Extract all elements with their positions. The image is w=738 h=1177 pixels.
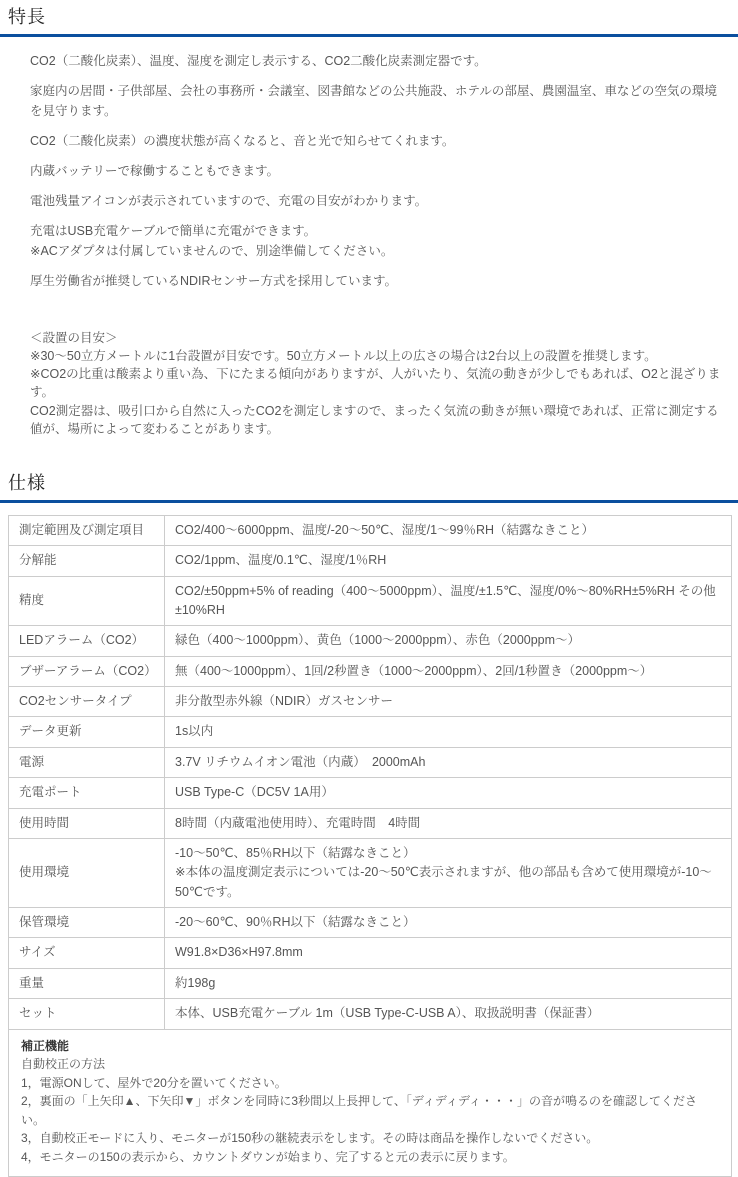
spec-row: 精度 CO2/±50ppm+5% of reading（400～5000ppm）… (9, 576, 732, 626)
feature-paragraph: 家庭内の居間・子供部屋、会社の事務所・会議室、図書館などの公共施設、ホテルの部屋… (30, 81, 728, 121)
spec-row-label: LEDアラーム（CO2） (9, 626, 165, 656)
calibration-step: 2，裏面の「上矢印▲、下矢印▼」ボタンを同時に3秒間以上長押して、「ディディディ… (21, 1092, 719, 1129)
spec-row-value: 非分散型赤外線（NDIR）ガスセンサー (165, 687, 732, 717)
spec-row: データ更新 1s以内 (9, 717, 732, 747)
spec-row-value: -10～50℃、85％RH以下（結露なきこと） ※本体の温度測定表示については-… (165, 838, 732, 907)
feature-paragraph-list: CO2（二酸化炭素）、温度、湿度を測定し表示する、CO2二酸化炭素測定器です。 … (30, 51, 728, 291)
features-section: 特長 CO2（二酸化炭素）、温度、湿度を測定し表示する、CO2二酸化炭素測定器で… (0, 0, 738, 438)
spec-row: CO2センサータイプ 非分散型赤外線（NDIR）ガスセンサー (9, 687, 732, 717)
spec-row: 使用時間 8時間（内蔵電池使用時）、充電時間 4時間 (9, 808, 732, 838)
specs-section: 仕様 測定範囲及び測定項目 CO2/400～6000ppm、温度/-20～50℃… (0, 466, 738, 1177)
spec-row-value: 無（400～1000ppm）、1回/2秒置き（1000～2000ppm）、2回/… (165, 656, 732, 686)
calibration-step: 4，モニターの150の表示から、カウントダウンが始まり、完了すると元の表示に戻り… (21, 1148, 719, 1167)
spec-row: 充電ポート USB Type-C（DC5V 1A用） (9, 778, 732, 808)
spec-row-label: 充電ポート (9, 778, 165, 808)
calibration-step: 1，電源ONして、屋外で20分を置いてください。 (21, 1074, 719, 1093)
spec-table: 測定範囲及び測定項目 CO2/400～6000ppm、温度/-20～50℃、湿度… (8, 515, 732, 1177)
specs-heading: 仕様 (0, 466, 738, 503)
spec-row: 保管環境 -20～60℃、90％RH以下（結露なきこと） (9, 908, 732, 938)
spec-row: ブザーアラーム（CO2） 無（400～1000ppm）、1回/2秒置き（1000… (9, 656, 732, 686)
calibration-subtitle: 自動校正の方法 (21, 1055, 719, 1074)
spec-row-label: ブザーアラーム（CO2） (9, 656, 165, 686)
spec-row-label: 保管環境 (9, 908, 165, 938)
spec-row-value: 緑色（400～1000ppm）、黄色（1000～2000ppm）、赤色（2000… (165, 626, 732, 656)
feature-paragraph: 内蔵バッテリーで稼働することもできます。 (30, 161, 728, 181)
feature-paragraph: 充電はUSB充電ケーブルで簡単に充電ができます。 ※ACアダプタは付属していませ… (30, 221, 728, 261)
calibration-step-list: 1，電源ONして、屋外で20分を置いてください。 2，裏面の「上矢印▲、下矢印▼… (21, 1074, 719, 1167)
spec-row: セット 本体、USB充電ケーブル 1m（USB Type-C-USB A）、取扱… (9, 999, 732, 1029)
feature-paragraph: CO2（二酸化炭素）の濃度状態が高くなると、音と光で知らせてくれます。 (30, 131, 728, 151)
calibration-row: 補正機能 自動校正の方法 1，電源ONして、屋外で20分を置いてください。 2，… (9, 1029, 732, 1176)
spec-table-body: 測定範囲及び測定項目 CO2/400～6000ppm、温度/-20～50℃、湿度… (9, 515, 732, 1029)
spec-row-value: USB Type-C（DC5V 1A用） (165, 778, 732, 808)
installation-note-title: ＜設置の目安＞ (30, 329, 728, 347)
spec-row-label: CO2センサータイプ (9, 687, 165, 717)
spec-row-value: CO2/1ppm、温度/0.1℃、湿度/1％RH (165, 546, 732, 576)
features-heading: 特長 (0, 0, 738, 37)
spec-row-label: 分解能 (9, 546, 165, 576)
spec-row: 電源 3.7V リチウムイオン電池（内蔵） 2000mAh (9, 747, 732, 777)
installation-note-text: ※30～50立方メートルに1台設置が目安です。50立方メートル以上の広さの場合は… (30, 347, 728, 438)
spec-row-value: 本体、USB充電ケーブル 1m（USB Type-C-USB A）、取扱説明書（… (165, 999, 732, 1029)
spec-row: LEDアラーム（CO2） 緑色（400～1000ppm）、黄色（1000～200… (9, 626, 732, 656)
spec-row-label: 使用時間 (9, 808, 165, 838)
spec-row: 測定範囲及び測定項目 CO2/400～6000ppm、温度/-20～50℃、湿度… (9, 515, 732, 545)
spec-row-value: 1s以内 (165, 717, 732, 747)
feature-paragraph: 電池残量アイコンが表示されていますので、充電の目安がわかります。 (30, 191, 728, 211)
spec-row-label: 精度 (9, 576, 165, 626)
spec-row: サイズ W91.8×D36×H97.8mm (9, 938, 732, 968)
spec-row-value: -20～60℃、90％RH以下（結露なきこと） (165, 908, 732, 938)
spec-row-value: W91.8×D36×H97.8mm (165, 938, 732, 968)
spec-row: 分解能 CO2/1ppm、温度/0.1℃、湿度/1％RH (9, 546, 732, 576)
spec-row-label: サイズ (9, 938, 165, 968)
spec-row-label: 使用環境 (9, 838, 165, 907)
spec-row-value: CO2/±50ppm+5% of reading（400～5000ppm）、温度… (165, 576, 732, 626)
installation-note: ＜設置の目安＞ ※30～50立方メートルに1台設置が目安です。50立方メートル以… (30, 329, 728, 438)
spec-row-label: 電源 (9, 747, 165, 777)
spec-row-label: 測定範囲及び測定項目 (9, 515, 165, 545)
spec-row-label: 重量 (9, 968, 165, 998)
spec-row: 使用環境 -10～50℃、85％RH以下（結露なきこと） ※本体の温度測定表示に… (9, 838, 732, 907)
spec-row-value: 約198g (165, 968, 732, 998)
calibration-body: 補正機能 自動校正の方法 1，電源ONして、屋外で20分を置いてください。 2，… (9, 1029, 732, 1176)
features-body: CO2（二酸化炭素）、温度、湿度を測定し表示する、CO2二酸化炭素測定器です。 … (0, 37, 738, 438)
spec-row-value: CO2/400～6000ppm、温度/-20～50℃、湿度/1～99％RH（結露… (165, 515, 732, 545)
spec-row-label: データ更新 (9, 717, 165, 747)
calibration-cell: 補正機能 自動校正の方法 1，電源ONして、屋外で20分を置いてください。 2，… (9, 1029, 732, 1176)
feature-paragraph: CO2（二酸化炭素）、温度、湿度を測定し表示する、CO2二酸化炭素測定器です。 (30, 51, 728, 71)
spec-row-value: 8時間（内蔵電池使用時）、充電時間 4時間 (165, 808, 732, 838)
calibration-step: 3，自動校正モードに入り、モニターが150秒の継続表示をします。その時は商品を操… (21, 1129, 719, 1148)
feature-paragraph: 厚生労働省が推奨しているNDIRセンサー方式を採用しています。 (30, 271, 728, 291)
calibration-title: 補正機能 (21, 1037, 719, 1056)
spec-row-label: セット (9, 999, 165, 1029)
spec-row: 重量 約198g (9, 968, 732, 998)
spec-row-value: 3.7V リチウムイオン電池（内蔵） 2000mAh (165, 747, 732, 777)
